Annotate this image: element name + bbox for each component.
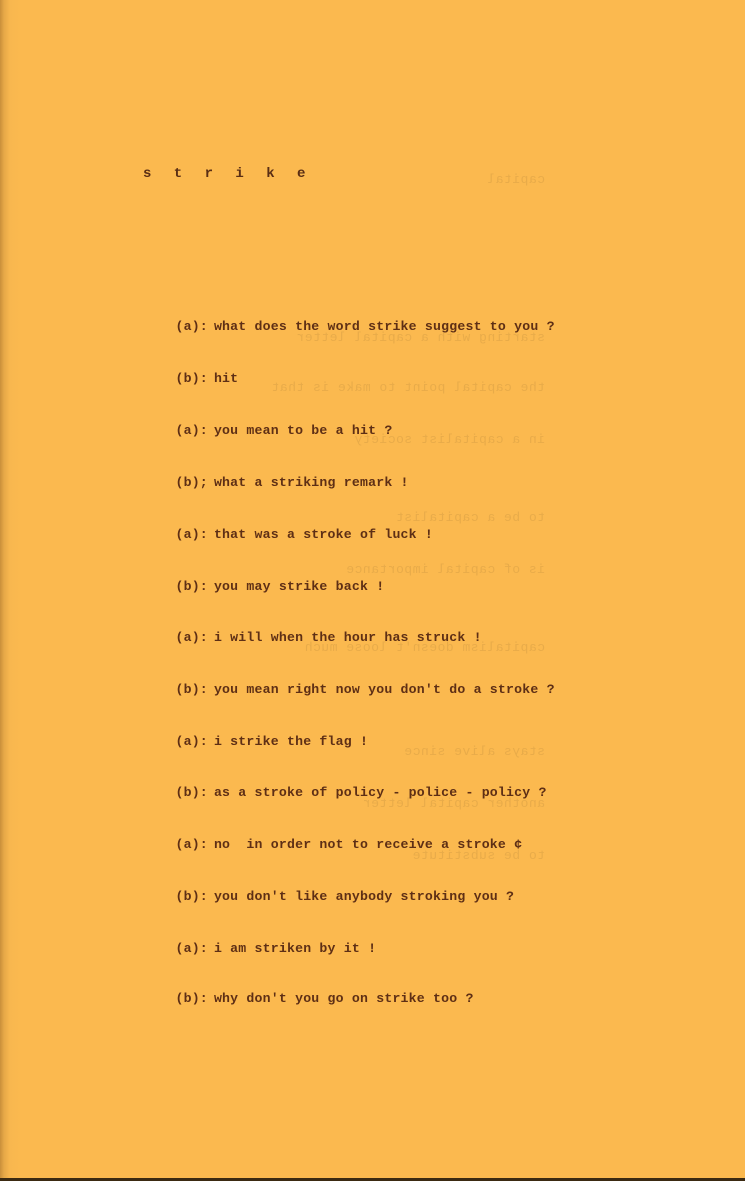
speaker-label: (b):: [175, 991, 207, 1006]
dialogue-line: (a):no in order not to receive a stroke …: [143, 822, 522, 867]
dialogue-line: (b):hit: [143, 356, 238, 401]
speaker-label: (a):: [175, 837, 207, 852]
speaker-label: (b):: [175, 785, 207, 800]
dialogue-text: you mean to be a hit ?: [214, 423, 393, 438]
show-through-text: stays alive since: [404, 744, 545, 759]
dialogue-line: (a):i strike the flag !: [143, 719, 368, 764]
speaker-label: (b):: [175, 579, 207, 594]
dialogue-text: as a stroke of policy - police - policy …: [214, 785, 547, 800]
dialogue-line: (b):as a stroke of policy - police - pol…: [143, 770, 547, 815]
show-through-text: the capital point to make is that: [271, 380, 545, 395]
dialogue-line: (b):you may strike back !: [143, 564, 384, 609]
dialogue-text: no in order not to receive a stroke ¢: [214, 837, 522, 852]
dialogue-line: (a):what does the word strike suggest to…: [143, 304, 555, 349]
typewritten-page: capital starting with a capital letter t…: [0, 0, 745, 1181]
dialogue-text: that was a stroke of luck !: [214, 527, 433, 542]
dialogue-line: (b):you don't like anybody stroking you …: [143, 874, 514, 919]
dialogue-text: i am striken by it !: [214, 941, 376, 956]
dialogue-text: what a striking remark !: [214, 475, 409, 490]
dialogue-text: you mean right now you don't do a stroke…: [214, 682, 555, 697]
dialogue-line: (b);what a striking remark !: [143, 460, 409, 505]
dialogue-text: hit: [214, 371, 238, 386]
dialogue-line: (a):that was a stroke of luck !: [143, 512, 433, 557]
dialogue-text: i strike the flag !: [214, 734, 368, 749]
dialogue-text: you don't like anybody stroking you ?: [214, 889, 514, 904]
speaker-label: (b):: [175, 682, 207, 697]
speaker-label: (a):: [175, 423, 207, 438]
dialogue-text: what does the word strike suggest to you…: [214, 319, 555, 334]
dialogue-text: i will when the hour has struck !: [214, 630, 482, 645]
dialogue-line: (a):you mean to be a hit ?: [143, 408, 392, 453]
speaker-label: (a):: [175, 630, 207, 645]
page-title: s t r i k e: [143, 166, 312, 182]
dialogue-line: (a):i will when the hour has struck !: [143, 615, 482, 660]
speaker-label: (a):: [175, 527, 207, 542]
speaker-label: (a):: [175, 734, 207, 749]
dialogue-line: (b):why don't you go on strike too ?: [143, 976, 474, 1021]
speaker-label: (a):: [175, 319, 207, 334]
speaker-label: (b);: [175, 475, 207, 490]
dialogue-text: you may strike back !: [214, 579, 384, 594]
dialogue-line: (b):you mean right now you don't do a st…: [143, 667, 555, 712]
dialogue-line: (a):i am striken by it !: [143, 926, 376, 971]
dialogue-text: why don't you go on strike too ?: [214, 991, 474, 1006]
speaker-label: (a):: [175, 941, 207, 956]
show-through-text: capital: [487, 172, 545, 187]
speaker-label: (b):: [175, 371, 207, 386]
speaker-label: (b):: [175, 889, 207, 904]
